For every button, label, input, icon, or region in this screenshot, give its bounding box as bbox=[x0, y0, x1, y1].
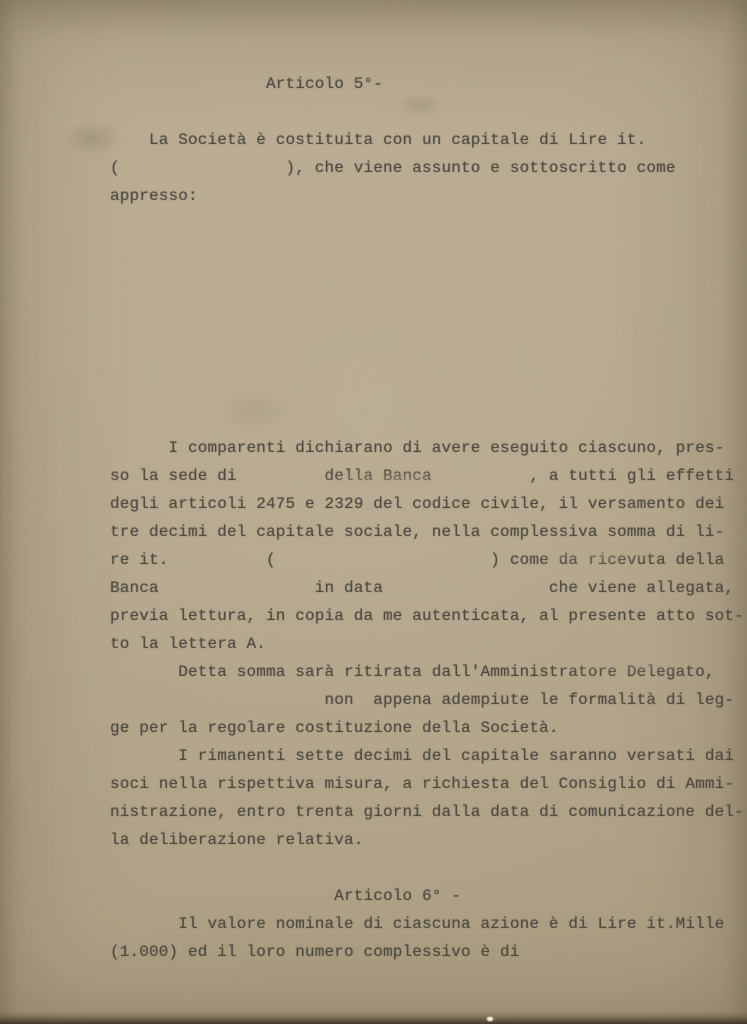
blank-line bbox=[110, 294, 744, 322]
blank-line bbox=[110, 266, 744, 294]
withdrawal-clause-line: Detta somma sarà ritirata dall'Amministr… bbox=[110, 658, 744, 686]
deposit-clause-line: degli articoli 2475 e 2329 del codice ci… bbox=[110, 490, 744, 518]
blank-line bbox=[110, 322, 744, 350]
deposit-clause-line: I comparenti dichiarano di avere eseguit… bbox=[110, 434, 744, 462]
remaining-capital-clause-line: nistrazione, entro trenta giorni dalla d… bbox=[110, 798, 744, 826]
share-value-clause-line: (1.000) ed il loro numero complessivo è … bbox=[110, 938, 744, 966]
remaining-capital-clause-line: I rimanenti sette decimi del capitale sa… bbox=[110, 742, 744, 770]
document-page: Articolo 5°- La Società è costituita con… bbox=[0, 0, 747, 1024]
page-bottom-edge-shadow bbox=[0, 1012, 747, 1024]
blank-line bbox=[110, 210, 744, 238]
deposit-clause-line: re it. ( ) come da ricevuta della bbox=[110, 546, 744, 574]
withdrawal-clause-line: ge per la regolare costituzione della So… bbox=[110, 714, 744, 742]
remaining-capital-clause-line: la deliberazione relativa. bbox=[110, 826, 744, 854]
remaining-capital-clause-line: soci nella rispettiva misura, a richiest… bbox=[110, 770, 744, 798]
blank-line bbox=[110, 854, 744, 882]
article-6-heading: Articolo 6° - bbox=[110, 882, 744, 910]
article-5-heading: Articolo 5°- bbox=[110, 70, 744, 98]
capital-clause-line: appresso: bbox=[110, 182, 744, 210]
share-value-clause-line: Il valore nominale di ciascuna azione è … bbox=[110, 910, 744, 938]
deposit-clause-line: tre decimi del capitale sociale, nella c… bbox=[110, 518, 744, 546]
deposit-clause-line: previa lettura, in copia da me autentica… bbox=[110, 602, 744, 630]
blank-line bbox=[110, 378, 744, 406]
deposit-clause-line: Banca in data che viene allegata, bbox=[110, 574, 744, 602]
deposit-clause-line: to la lettera A. bbox=[110, 630, 744, 658]
deposit-clause-line: so la sede di della Banca , a tutti gli … bbox=[110, 462, 744, 490]
blank-line bbox=[110, 350, 744, 378]
blank-line bbox=[110, 98, 744, 126]
withdrawal-clause-line: non appena adempiute le formalità di leg… bbox=[110, 686, 744, 714]
capital-clause-line: ( ), che viene assunto e sottoscritto co… bbox=[110, 154, 744, 182]
blank-line bbox=[110, 238, 744, 266]
capital-clause-line: La Società è costituita con un capitale … bbox=[110, 126, 744, 154]
paper-speck bbox=[487, 1017, 493, 1021]
typewritten-text-block: Articolo 5°- La Società è costituita con… bbox=[110, 70, 744, 966]
blank-line bbox=[110, 406, 744, 434]
